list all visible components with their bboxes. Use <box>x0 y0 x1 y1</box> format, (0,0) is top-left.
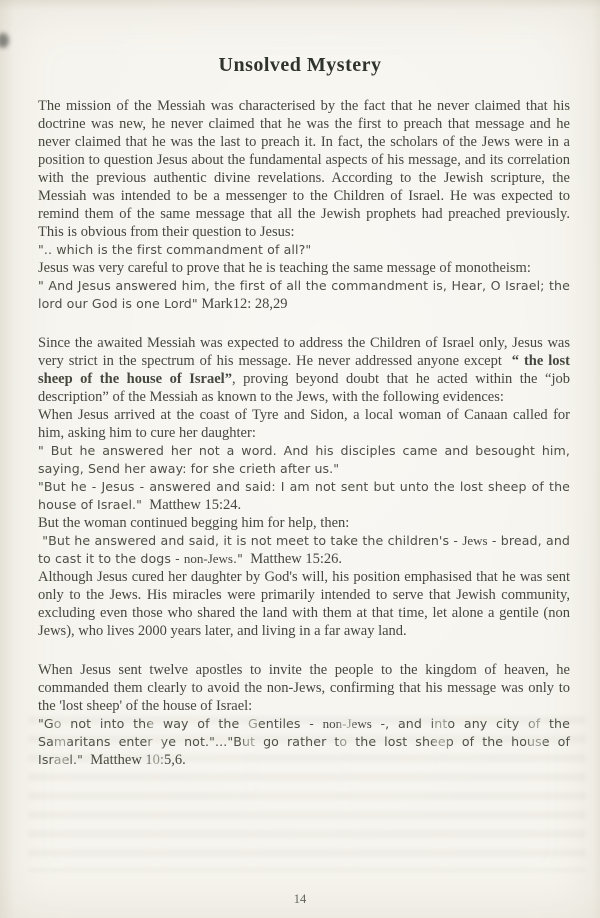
text-block: Since the awaited Messiah was expected t… <box>38 334 570 406</box>
text-block: When Jesus arrived at the coast of Tyre … <box>38 406 570 442</box>
page-number: 14 <box>0 892 600 907</box>
text-run-quote: " And Jesus answered him, the first of a… <box>38 278 570 311</box>
text-run-serifsmall: Jews <box>462 533 487 548</box>
text-block: "Go not into the way of the Gentiles - n… <box>38 715 570 769</box>
text-run-serifsmall: non-Jews <box>184 551 233 566</box>
text-block: "But he answered and said, it is not mee… <box>38 532 570 568</box>
text-run-body: The mission of the Messiah was character… <box>38 98 570 240</box>
text-run-body: But the woman continued begging him for … <box>38 515 349 531</box>
text-run-quote: "Go not into the way of the Gentiles - <box>38 716 323 731</box>
text-block: The mission of the Messiah was character… <box>38 97 570 241</box>
scanned-page: Unsolved Mystery The mission of the Mess… <box>0 0 600 918</box>
text-run-ref: Matthew 10:5,6. <box>83 752 186 768</box>
text-run-serifsmall: non-Jews <box>323 716 372 731</box>
paragraph-spacer <box>38 640 570 661</box>
text-run-body: Although Jesus cured her daughter by God… <box>38 569 570 639</box>
text-run-ref: Matthew 15:24. <box>142 497 241 513</box>
page-title: Unsolved Mystery <box>0 54 600 77</box>
paragraph-spacer <box>38 313 570 334</box>
text-run-quote: " But he answered her not a word. And hi… <box>38 443 570 476</box>
text-run-body: When Jesus arrived at the coast of Tyre … <box>38 407 570 441</box>
text-run-body: Since the awaited Messiah was expected t… <box>38 335 570 369</box>
text-block: But the woman continued begging him for … <box>38 514 570 532</box>
page-content: The mission of the Messiah was character… <box>38 97 570 769</box>
text-block: ".. which is the first commandment of al… <box>38 241 570 259</box>
text-block: "But he - Jesus - answered and said: I a… <box>38 478 570 514</box>
text-run-ref: Mark12: 28,29 <box>198 296 288 312</box>
text-run-ref: Matthew 15:26. <box>243 551 342 567</box>
text-block: " And Jesus answered him, the first of a… <box>38 277 570 313</box>
text-run-quote: "But he - Jesus - answered and said: I a… <box>38 479 570 512</box>
text-run-body: When Jesus sent twelve apostles to invit… <box>38 662 570 714</box>
text-block: Although Jesus cured her daughter by God… <box>38 568 570 640</box>
scan-artifact-smudge <box>0 33 9 48</box>
text-run-quote: "But he answered and said, it is not mee… <box>38 533 462 548</box>
text-block: When Jesus sent twelve apostles to invit… <box>38 661 570 715</box>
text-block: " But he answered her not a word. And hi… <box>38 442 570 478</box>
text-run-body: Jesus was very careful to prove that he … <box>38 260 531 276</box>
text-run-quote: ." <box>233 551 243 566</box>
text-block: Jesus was very careful to prove that he … <box>38 259 570 277</box>
text-run-quote: ".. which is the first commandment of al… <box>38 242 311 257</box>
